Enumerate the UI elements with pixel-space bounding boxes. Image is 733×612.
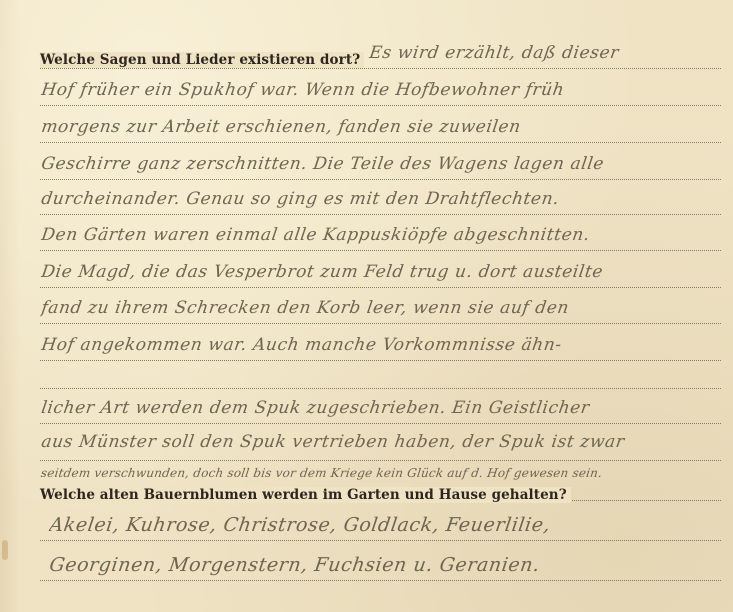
answer-1-line: Die Magd, die das Vesperbrot zum Feld tr… — [40, 262, 722, 282]
answer-1-line: aus Münster soll den Spuk vertrieben hab… — [40, 432, 722, 452]
ruled-line — [40, 540, 721, 541]
ruled-line — [570, 500, 721, 501]
ruled-line — [40, 323, 721, 324]
paper-stain — [2, 540, 8, 560]
answer-1-line: Es wird erzählt, daß dieser — [368, 43, 722, 63]
ruled-line — [40, 388, 721, 389]
ruled-line — [40, 105, 721, 106]
ruled-line — [40, 214, 721, 215]
answer-1-line: Geschirre ganz zerschnitten. Die Teile d… — [40, 154, 722, 174]
ruled-line — [40, 142, 721, 143]
ruled-line — [40, 250, 721, 251]
ruled-line — [40, 287, 721, 288]
ruled-line — [40, 360, 721, 361]
ruled-line — [40, 68, 721, 69]
answer-1-line: seitdem verschwunden, doch soll bis vor … — [40, 466, 721, 480]
ruled-line — [40, 179, 721, 180]
answer-1-line: fand zu ihrem Schrecken den Korb leer, w… — [40, 298, 722, 318]
answer-1-line: Hof früher ein Spukhof war. Wenn die Hof… — [40, 80, 722, 100]
question-1-label: Welche Sagen und Lieder existieren dort? — [40, 52, 364, 68]
answer-1-line: durcheinander. Genau so ging es mit den … — [40, 189, 722, 209]
questionnaire-page: Welche Sagen und Lieder existieren dort?… — [0, 0, 733, 612]
ruled-line — [40, 460, 721, 461]
answer-2-line: Georginen, Morgenstern, Fuchsien u. Gera… — [48, 554, 722, 576]
ruled-line — [40, 423, 721, 424]
ruled-line — [40, 580, 721, 581]
answer-2-line: Akelei, Kuhrose, Christrose, Goldlack, F… — [48, 514, 722, 536]
answer-1-line: morgens zur Arbeit erschienen, fanden si… — [40, 117, 722, 137]
answer-1-line: Den Gärten waren einmal alle Kappuskiöpf… — [40, 225, 722, 245]
answer-1-line: licher Art werden dem Spuk zugeschrieben… — [40, 398, 722, 418]
answer-1-line: Hof angekommen war. Auch manche Vorkommn… — [40, 335, 722, 355]
question-2-label: Welche alten Bauernblumen werden im Gart… — [40, 487, 571, 503]
